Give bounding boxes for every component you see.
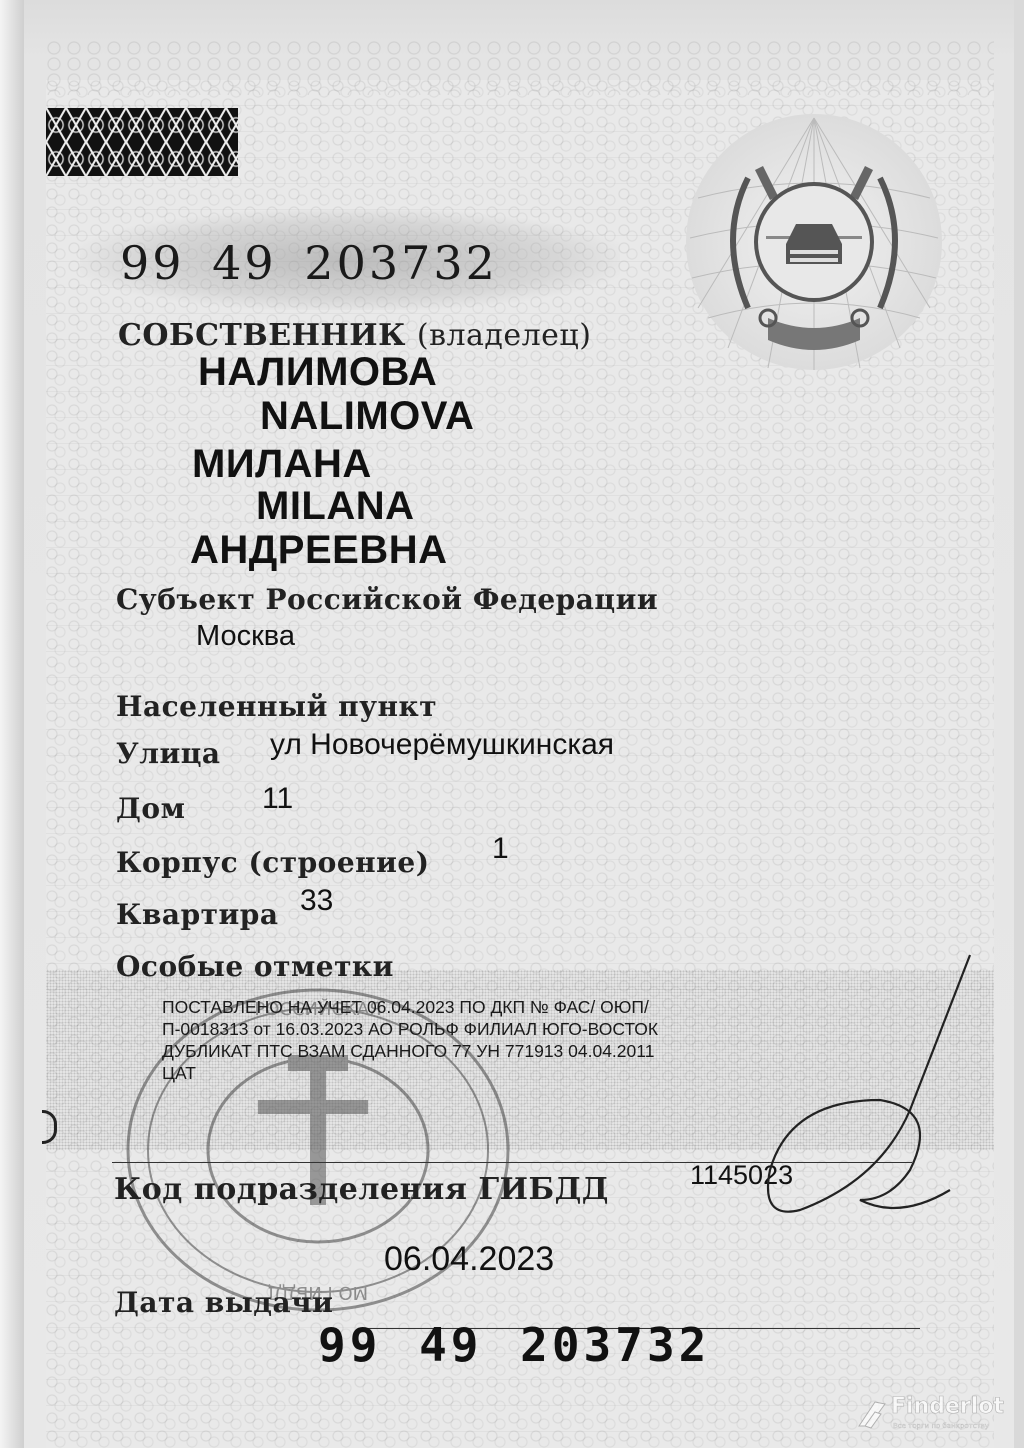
issue-date-label: Дата выдачи <box>114 1286 333 1319</box>
special-notes-label: Особые отметки <box>116 950 394 983</box>
locality-label: Населенный пункт <box>116 690 437 723</box>
house-value: 11 <box>262 782 293 816</box>
owner-patronymic-ru: АНДРЕЕВНА <box>190 528 447 573</box>
owner-label: СОБСТВЕННИК (владелец) <box>118 318 591 353</box>
signature-icon <box>740 950 980 1250</box>
region-label: Субъект Российской Федерации <box>116 583 658 616</box>
apartment-value: 33 <box>300 884 333 918</box>
finderlot-logo-icon <box>855 1396 889 1436</box>
sleeve-edge <box>0 0 24 1448</box>
owner-surname-ru: НАЛИМОВА <box>198 350 437 395</box>
building-label: Корпус (строение) <box>116 846 429 879</box>
street-value: ул Новочерёмушкинская <box>270 728 614 762</box>
guilloche-ornament <box>46 108 238 176</box>
gibdd-code-label: Код подразделения ГИБДД <box>114 1172 609 1207</box>
series-number-top: 99 49 203732 <box>120 236 498 290</box>
issue-date-value: 06.04.2023 <box>384 1240 554 1279</box>
security-pattern-band <box>46 40 994 95</box>
owner-name-ru: МИЛАНА <box>192 442 372 487</box>
watermark-tagline: Все торги по банкротству <box>893 1422 989 1430</box>
owner-label-text: СОБСТВЕННИК <box>118 318 406 353</box>
street-label: Улица <box>116 737 221 770</box>
series-number-bottom: 99 49 203732 <box>318 1318 710 1372</box>
region-value: Москва <box>196 620 295 653</box>
building-value: 1 <box>492 832 509 866</box>
gibdd-emblem-icon <box>678 108 950 376</box>
watermark-brand: Finderlot <box>891 1394 1004 1419</box>
owner-label-paren: (владелец) <box>417 318 592 353</box>
owner-name-en: MILANA <box>256 484 415 529</box>
finderlot-watermark: Finderlot Все торги по банкротству <box>855 1392 1024 1442</box>
house-label: Дом <box>116 792 185 825</box>
apartment-label: Квартира <box>116 898 278 931</box>
owner-surname-en: NALIMOVA <box>260 394 474 439</box>
